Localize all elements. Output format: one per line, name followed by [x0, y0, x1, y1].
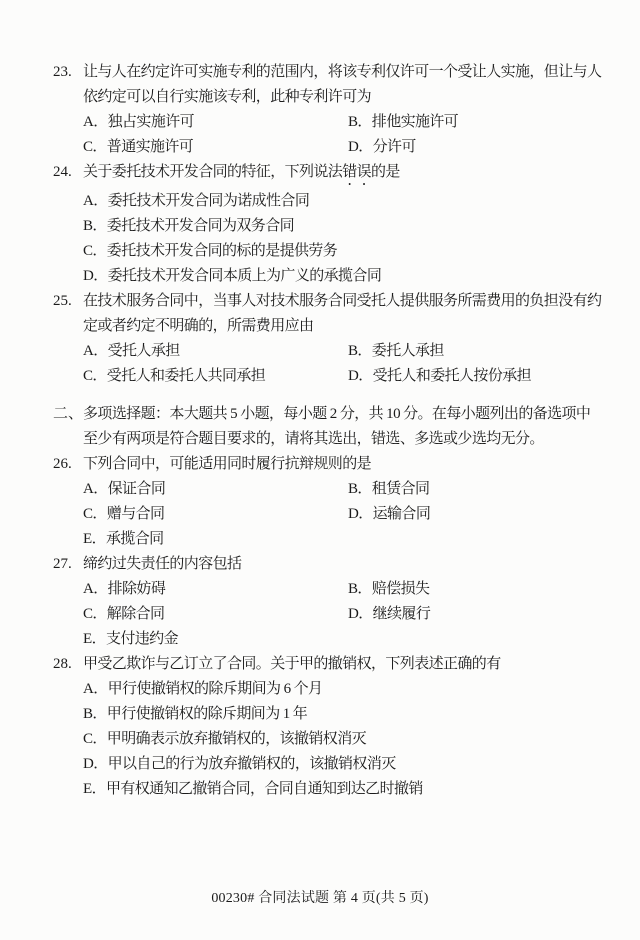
question-23-number: 23.: [53, 60, 83, 85]
question-28-option-a: A．甲行使撤销权的除斥期间为 6 个月: [83, 677, 322, 702]
question-24-option-d: D．委托技术开发合同本质上为广义的承揽合同: [83, 264, 381, 289]
question-24-option-b: B．委托技术开发合同为双务合同: [83, 214, 294, 239]
question-28-number: 28.: [53, 652, 83, 677]
question-24-number: 24.: [53, 160, 83, 185]
question-27-option-d: D．继续履行: [348, 602, 430, 627]
question-26-number: 26.: [53, 452, 83, 477]
question-23-text: 让与人在约定许可实施专利的范围内，将该专利仅许可一个受让人实施，但让与人 依约定…: [83, 60, 606, 110]
question-26-options: A．保证合同 B．租赁合同 C．赠与合同 D．运输合同 E．承揽合同: [83, 477, 606, 552]
question-26-text: 下列合同中，可能适用同时履行抗辩规则的是: [83, 452, 606, 477]
question-23-option-c: C．普通实施许可: [83, 135, 348, 160]
question-26-option-a: A．保证合同: [83, 477, 348, 502]
question-25-option-b: B．委托人承担: [348, 339, 444, 364]
question-24-options: A．委托技术开发合同为诺成性合同 B．委托技术开发合同为双务合同 C．委托技术开…: [83, 189, 606, 289]
question-28-text: 甲受乙欺诈与乙订立了合同。关于甲的撤销权，下列表述正确的有: [83, 652, 606, 677]
question-27-option-a: A．排除妨碍: [83, 577, 348, 602]
exam-paper-page: 23. 让与人在约定许可实施专利的范围内，将该专利仅许可一个受让人实施，但让与人…: [0, 0, 640, 940]
page-footer: 00230# 合同法试题 第 4 页(共 5 页): [0, 887, 640, 907]
question-24-text: 关于委托技术开发合同的特征，下列说法错误的是: [83, 160, 606, 189]
question-26-option-d: D．运输合同: [348, 502, 430, 527]
question-25-text: 在技术服务合同中，当事人对技术服务合同受托人提供服务所需费用的负担没有约 定或者…: [83, 289, 606, 339]
question-24-option-a: A．委托技术开发合同为诺成性合同: [83, 189, 309, 214]
question-25-option-c: C．受托人和委托人共同承担: [83, 364, 348, 389]
question-27-option-e: E．支付违约金: [83, 627, 178, 652]
question-23-options: A．独占实施许可 B．排他实施许可 C．普通实施许可 D．分许可: [83, 110, 606, 160]
question-25-options: A．受托人承担 B．委托人承担 C．受托人和委托人共同承担 D．受托人和委托人按…: [83, 339, 606, 389]
section-2-heading: 二、 多项选择题：本大题共 5 小题，每小题 2 分，共 10 分。在每小题列出…: [53, 402, 606, 452]
question-24-text-pre: 关于委托技术开发合同的特征，下列说法: [83, 164, 342, 180]
question-23-option-b: B．排他实施许可: [348, 110, 458, 135]
question-24-option-c: C．委托技术开发合同的标的是提供劳务: [83, 239, 337, 264]
question-27-options: A．排除妨碍 B．赔偿损失 C．解除合同 D．继续履行 E．支付违约金: [83, 577, 606, 652]
question-26-option-e: E．承揽合同: [83, 527, 164, 552]
question-28-options: A．甲行使撤销权的除斥期间为 6 个月 B．甲行使撤销权的除斥期间为 1 年 C…: [83, 677, 606, 802]
question-28-option-c: C．甲明确表示放弃撤销权的，该撤销权消灭: [83, 727, 366, 752]
question-26: 26. 下列合同中，可能适用同时履行抗辩规则的是 A．保证合同 B．租赁合同 C…: [53, 452, 606, 552]
section-2-instructions: 多项选择题：本大题共 5 小题，每小题 2 分，共 10 分。在每小题列出的备选…: [83, 402, 606, 452]
question-25-number: 25.: [53, 289, 83, 314]
question-28: 28. 甲受乙欺诈与乙订立了合同。关于甲的撤销权，下列表述正确的有 A．甲行使撤…: [53, 652, 606, 802]
question-25-option-d: D．受托人和委托人按份承担: [348, 364, 531, 389]
question-28-option-e: E．甲有权通知乙撤销合同，合同自通知到达乙时撤销: [83, 777, 423, 802]
question-23-option-a: A．独占实施许可: [83, 110, 348, 135]
question-27-option-b: B．赔偿损失: [348, 577, 429, 602]
question-26-option-b: B．租赁合同: [348, 477, 429, 502]
question-28-option-d: D．甲以自己的行为放弃撤销权的，该撤销权消灭: [83, 752, 396, 777]
question-23: 23. 让与人在约定许可实施专利的范围内，将该专利仅许可一个受让人实施，但让与人…: [53, 60, 606, 160]
question-27: 27. 缔约过失责任的内容包括 A．排除妨碍 B．赔偿损失 C．解除合同 D．继…: [53, 552, 606, 652]
page-body: 23. 让与人在约定许可实施专利的范围内，将该专利仅许可一个受让人实施，但让与人…: [53, 60, 606, 802]
question-24-text-emphasis: 错误: [342, 164, 371, 180]
question-27-text: 缔约过失责任的内容包括: [83, 552, 606, 577]
question-25-option-a: A．受托人承担: [83, 339, 348, 364]
question-24-text-post: 的是: [371, 164, 400, 180]
question-27-option-c: C．解除合同: [83, 602, 348, 627]
question-25: 25. 在技术服务合同中，当事人对技术服务合同受托人提供服务所需费用的负担没有约…: [53, 289, 606, 389]
question-26-option-c: C．赠与合同: [83, 502, 348, 527]
question-23-option-d: D．分许可: [348, 135, 416, 160]
question-28-option-b: B．甲行使撤销权的除斥期间为 1 年: [83, 702, 307, 727]
question-27-number: 27.: [53, 552, 83, 577]
section-2-marker: 二、: [53, 402, 83, 427]
question-24: 24. 关于委托技术开发合同的特征，下列说法错误的是 A．委托技术开发合同为诺成…: [53, 160, 606, 289]
